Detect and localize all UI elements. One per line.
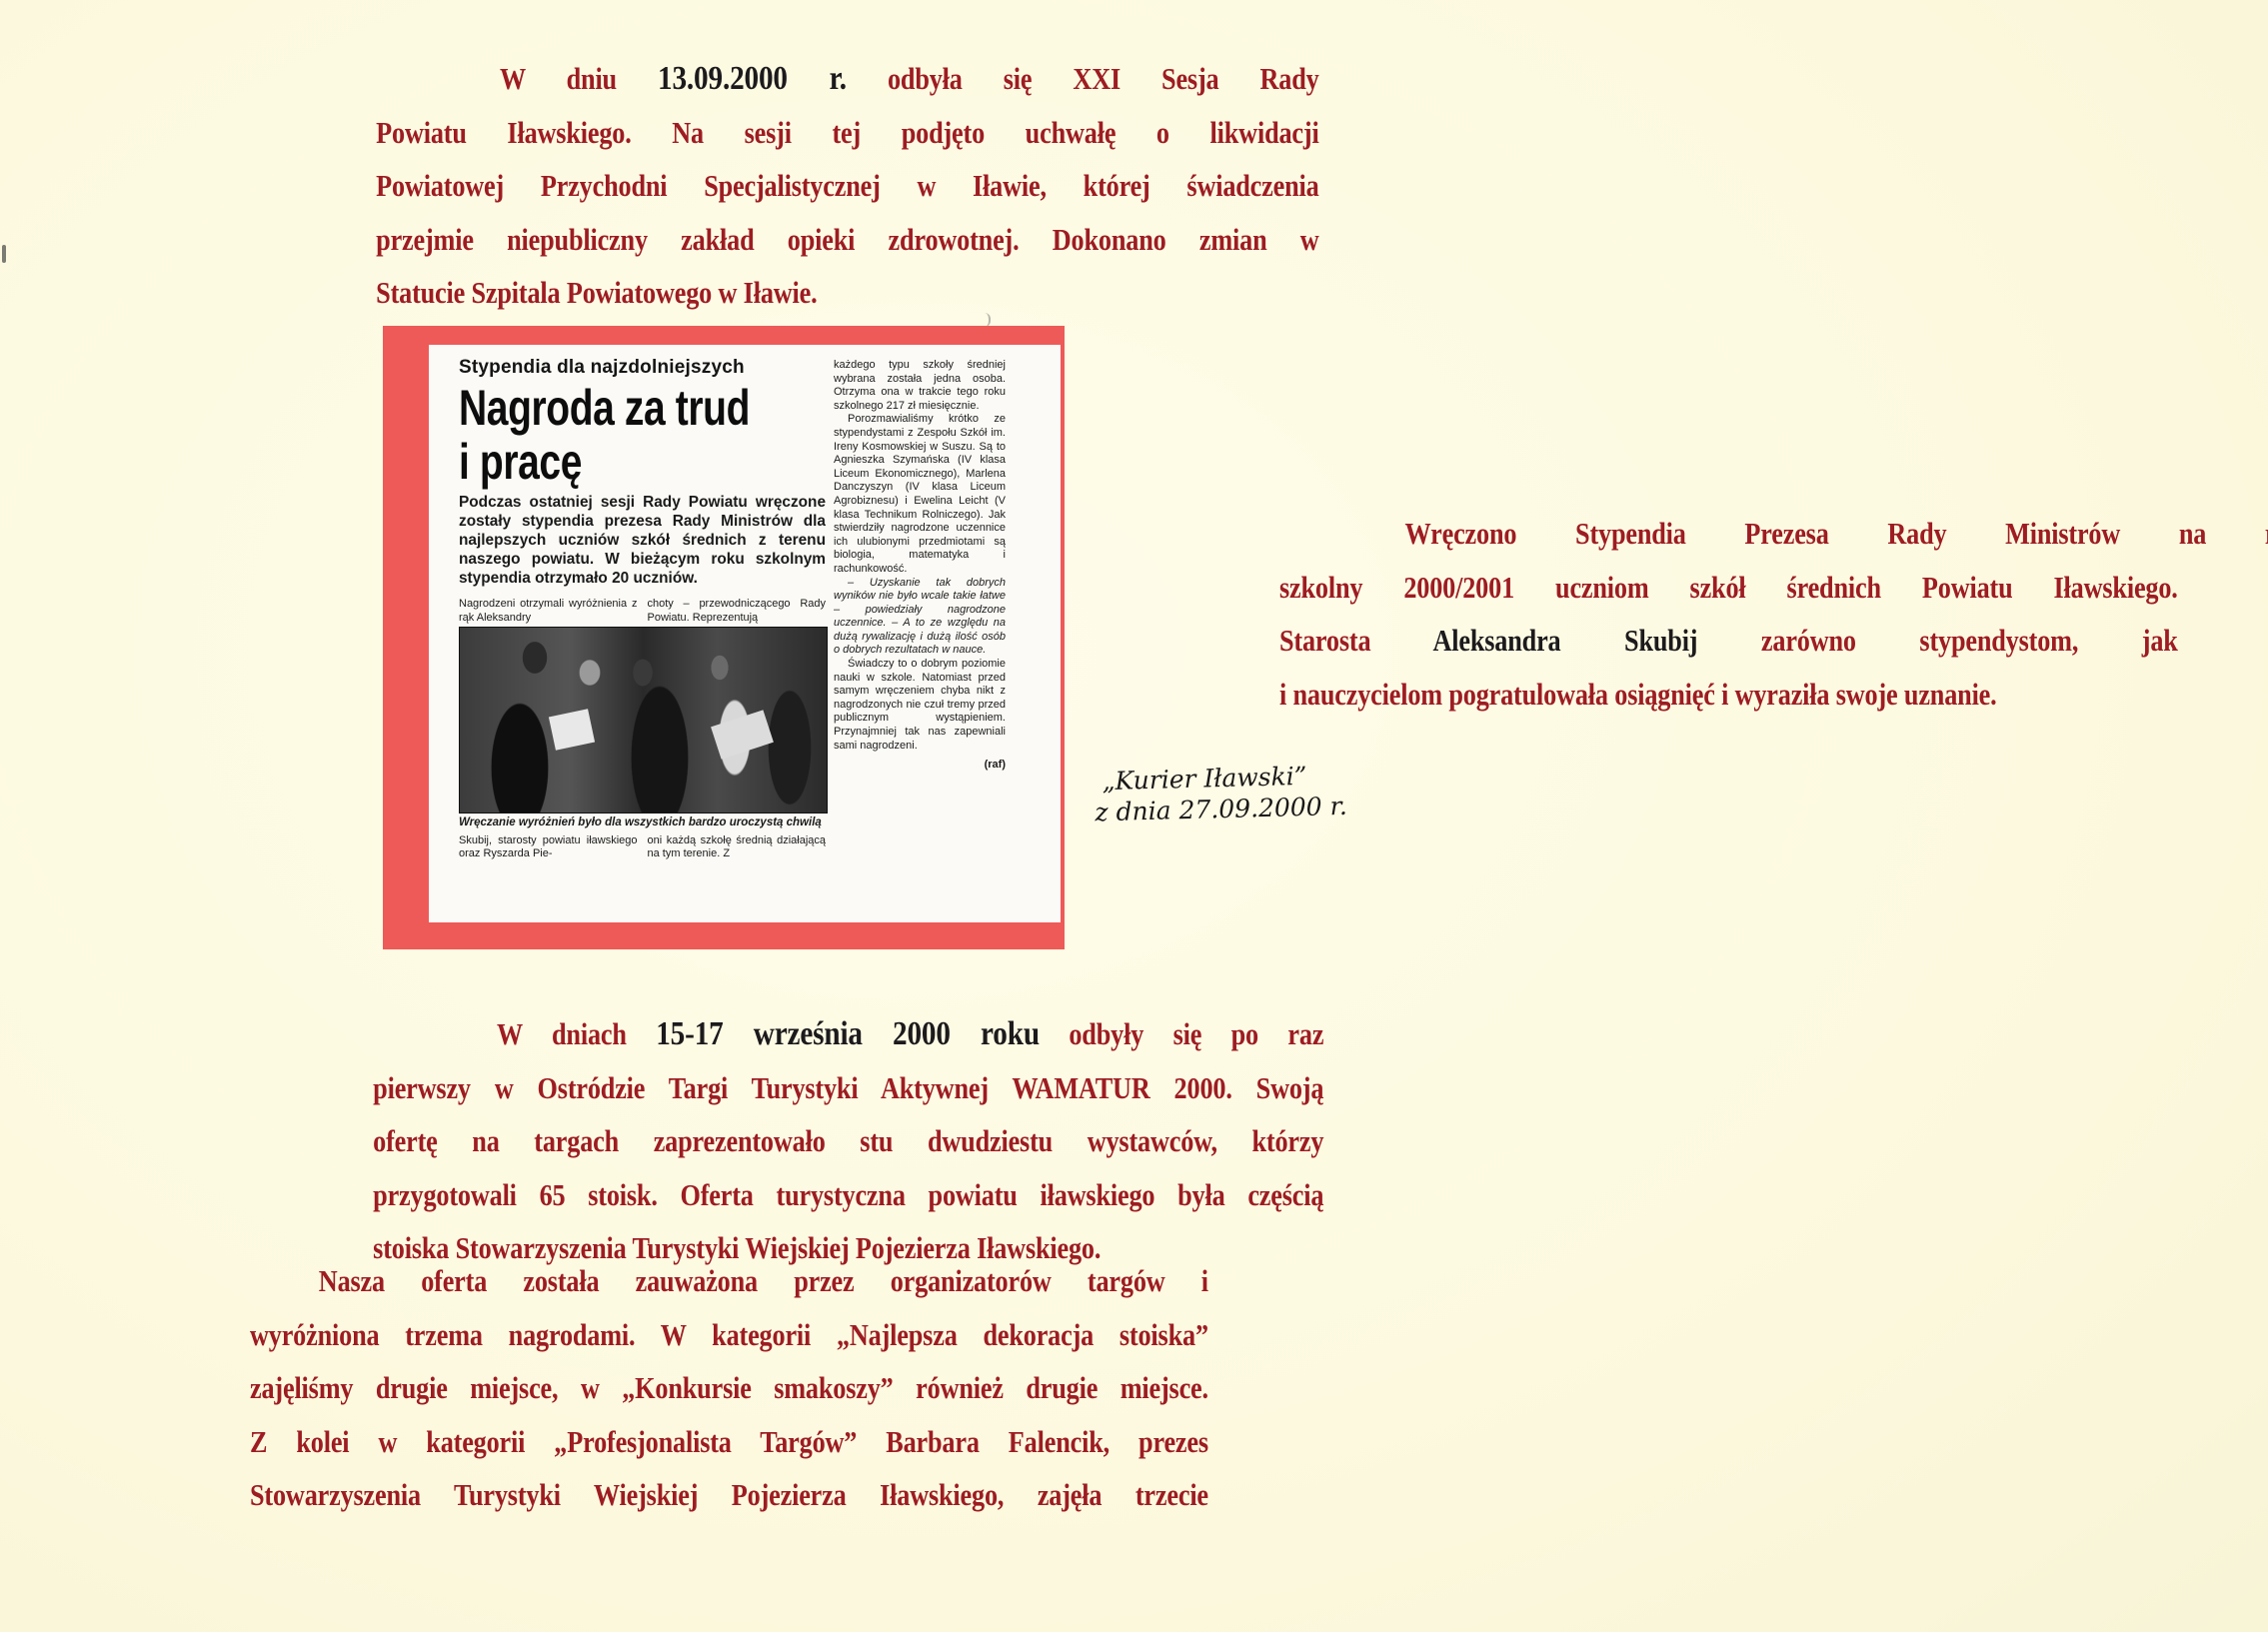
diploma-shape: [549, 709, 595, 751]
text-line: wyróżniona trzema nagrodami. W kategorii…: [250, 1309, 1208, 1363]
date-highlight: 15-17 września 2000 roku: [656, 1015, 1040, 1052]
column-text: Skubij, starosty powiatu iławskiego oraz…: [459, 834, 638, 861]
text-line: W dniu 13.09.2000 r. odbyła się XXI Sesj…: [500, 52, 1319, 107]
text-line: przygotowali 65 stoisk. Oferta turystycz…: [373, 1169, 1323, 1223]
column-text: choty – przewodniczącego Rady Powiatu. R…: [648, 598, 827, 625]
paragraph-wamatur: W dniach 15-17 września 2000 roku odbyły…: [497, 1007, 1323, 1276]
clipping-right-column: każdego typu szkoły średniej wybrana zos…: [834, 345, 1006, 773]
clipping-lead: Podczas ostatniej sesji Rady Powiatu wrę…: [459, 493, 826, 588]
text-run: odbyły się po raz: [1040, 1017, 1323, 1051]
text-line: pierwszy w Ostródzie Targi Turystyki Akt…: [373, 1062, 1323, 1116]
clipping-kicker: Stypendia dla najzdolniejszych: [459, 357, 826, 379]
text-run: W dniu: [500, 62, 658, 96]
headline-line: i pracę: [459, 435, 826, 489]
text-line: Stowarzyszenia Turystyki Wiejskiej Pojez…: [250, 1469, 1208, 1523]
text-run: Starosta: [1279, 624, 1432, 658]
column-text: oni każdą szkołę średnią działającą na t…: [648, 834, 827, 861]
text-line: Wręczono Stypendia Prezesa Rady Ministró…: [1279, 508, 2268, 562]
text-line: ofertę na targach zaprezentowało stu dwu…: [373, 1115, 1323, 1169]
diploma-shape: [711, 710, 774, 759]
text-line: W dniach 15-17 września 2000 roku odbyły…: [497, 1007, 1323, 1062]
text-line: zajęliśmy drugie miejsce, w „Konkursie s…: [250, 1362, 1208, 1416]
paragraph-awards: Nasza oferta została zauważona przez org…: [250, 1255, 1208, 1523]
handwritten-line: z dnia 27.09.2000 r.: [1095, 791, 1347, 828]
paragraph-session: W dniu 13.09.2000 r. odbyła się XXI Sesj…: [500, 52, 1319, 321]
photo-caption: Wręczanie wyróżnień było dla wszystkich …: [459, 816, 826, 830]
clipping-columns-bottom: Skubij, starosty powiatu iławskiego oraz…: [459, 834, 826, 861]
text-line: Starosta Aleksandra Skubij zarówno stype…: [1279, 615, 2178, 669]
text-line: Powiatowej Przychodni Specjalistycznej w…: [376, 160, 1318, 214]
column-paragraph: – Uzyskanie tak dobrych wyników nie było…: [834, 577, 1006, 659]
paragraph-scholarships: Wręczono Stypendia Prezesa Rady Ministró…: [1279, 508, 2178, 722]
scrapbook-page: W dniu 13.09.2000 r. odbyła się XXI Sesj…: [0, 0, 2268, 1632]
author-signature: (raf): [834, 759, 1006, 773]
clipping-main-column: Stypendia dla najzdolniejszych Nagroda z…: [459, 357, 826, 861]
column-text: Nagrodzeni otrzymali wyróżnienia z rąk A…: [459, 598, 638, 625]
text-run: W dniach: [497, 1017, 656, 1051]
text-run: zarówno stypendystom, jak: [1697, 624, 2177, 658]
text-line: Z kolei w kategorii „Profesjonalista Tar…: [250, 1416, 1208, 1470]
clipping-headline: Nagroda za trud i pracę: [459, 381, 826, 489]
newspaper-clipping: Stypendia dla najzdolniejszych Nagroda z…: [429, 345, 1061, 922]
clipping-columns-top: Nagrodzeni otrzymali wyróżnienia z rąk A…: [459, 598, 826, 625]
text-run: odbyła się XXI Sesja Rady: [847, 62, 1319, 96]
text-line: przejmie niepubliczny zakład opieki zdro…: [376, 214, 1318, 268]
text-line: Powiatu Iławskiego. Na sesji tej podjęto…: [376, 107, 1318, 161]
headline-line: Nagroda za trud: [459, 381, 826, 435]
award-ceremony-photo: [459, 627, 828, 814]
date-highlight: 13.09.2000: [658, 60, 788, 97]
name-highlight: Aleksandra Skubij: [1432, 624, 1697, 658]
text-line: Statucie Szpitala Powiatowego w Iławie.: [376, 267, 1318, 321]
text-line: Nasza oferta została zauważona przez org…: [250, 1255, 1208, 1309]
date-suffix: r.: [788, 60, 847, 97]
text-line: szkolny 2000/2001 uczniom szkół średnich…: [1279, 562, 2178, 616]
handwritten-source-note: „Kurier Iławski” z dnia 27.09.2000 r.: [1102, 760, 1347, 827]
column-paragraph: każdego typu szkoły średniej wybrana zos…: [834, 359, 1006, 413]
scan-speck: [2, 245, 6, 263]
text-line: i nauczycielom pogratulowała osiągnięć i…: [1279, 669, 2178, 723]
column-paragraph: Porozmawialiśmy krótko ze stypendystami …: [834, 413, 1006, 576]
column-paragraph: Świadczy to o dobrym poziomie nauki w sz…: [834, 658, 1006, 753]
